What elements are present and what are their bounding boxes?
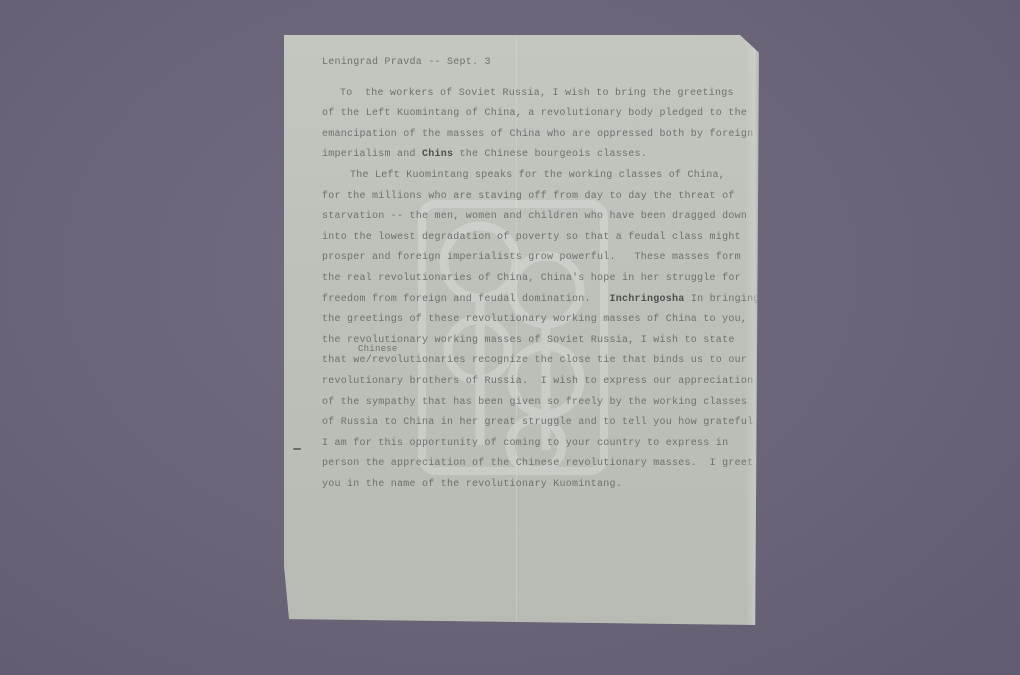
- letter-body: Leningrad Pravda -- Sept. 3 To the worke…: [322, 53, 752, 495]
- text-line: starvation -- the men, women and childre…: [322, 207, 752, 228]
- text-line: person the appreciation of the Chinese r…: [322, 454, 752, 475]
- struck-out-word: Inchringosha: [610, 294, 685, 305]
- text-line: The Left Kuomintang speaks for the worki…: [322, 166, 752, 187]
- text-line: into the lowest degradation of poverty s…: [322, 228, 752, 249]
- text-line: freedom from foreign and feudal dominati…: [322, 290, 752, 311]
- text-fragment: the Chinese bourgeois classes.: [453, 149, 647, 160]
- text-line: emancipation of the masses of China who …: [322, 125, 752, 146]
- text-line: revolutionary brothers of Russia. I wish…: [322, 372, 752, 393]
- interlinear-insertion: Chinese: [358, 339, 398, 360]
- text-line: you in the name of the revolutionary Kuo…: [322, 475, 752, 496]
- text-fragment: imperialism and: [322, 149, 422, 160]
- scan-background: Leningrad Pravda -- Sept. 3 To the worke…: [0, 0, 1020, 675]
- text-line: the greetings of these revolutionary wor…: [322, 310, 752, 331]
- typewritten-page: Leningrad Pravda -- Sept. 3 To the worke…: [284, 35, 759, 625]
- text-line: of the Left Kuomintang of China, a revol…: [322, 104, 752, 125]
- text-line: I am for this opportunity of coming to y…: [322, 434, 752, 455]
- text-fragment: freedom from foreign and feudal dominati…: [322, 294, 610, 305]
- paragraph-1: To the workers of Soviet Russia, I wish …: [322, 84, 752, 166]
- text-line: imperialism and Chins the Chinese bourge…: [322, 145, 752, 166]
- paragraph-2: The Left Kuomintang speaks for the worki…: [322, 166, 752, 496]
- text-fragment: In bringing: [685, 294, 760, 305]
- margin-pencil-mark: [293, 448, 301, 450]
- text-line: of the sympathy that has been given so f…: [322, 393, 752, 414]
- text-line: the real revolutionaries of China, China…: [322, 269, 752, 290]
- text-line: for the millions who are staving off fro…: [322, 187, 752, 208]
- struck-out-word: Chins: [422, 149, 453, 160]
- document-heading: Leningrad Pravda -- Sept. 3: [322, 53, 752, 74]
- text-line: of Russia to China in her great struggle…: [322, 413, 752, 434]
- text-line: prosper and foreign imperialists grow po…: [322, 248, 752, 269]
- text-line: To the workers of Soviet Russia, I wish …: [322, 84, 752, 105]
